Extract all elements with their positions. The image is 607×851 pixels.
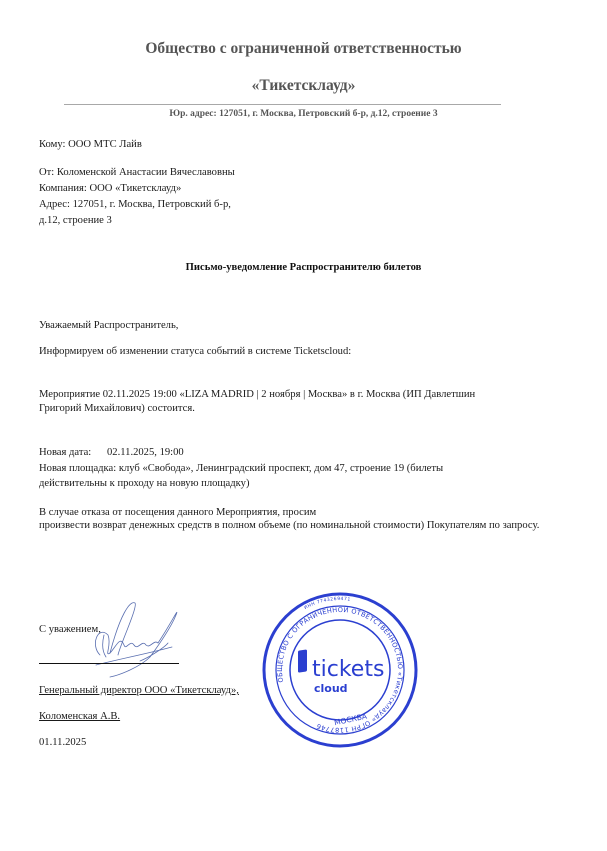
- new-date-label: Новая дата:: [39, 446, 91, 460]
- intro-text: Информируем об изменении статуса событий…: [39, 345, 351, 359]
- signatory-name: Коломенская А.В.: [39, 710, 120, 724]
- stamp-logo-tickets: tickets: [312, 657, 384, 682]
- signatory-position: Генеральный директор ООО «Тикетсклауд»,: [39, 684, 239, 698]
- new-date-value: 02.11.2025, 19:00: [107, 446, 184, 460]
- new-venue-line-1: Новая площадка: клуб «Свобода», Ленингра…: [39, 462, 443, 476]
- company-stamp-icon: ОБЩЕСТВО С ОГРАНИЧЕННОЙ ОТВЕТСТВЕННОСТЬЮ…: [260, 590, 420, 750]
- stamp-logo-cloud: cloud: [314, 682, 348, 695]
- sender-address-line2: д.12, строение 3: [39, 214, 112, 228]
- sender-from: От: Коломенской Анастасии Вячеславовны: [39, 166, 235, 180]
- letterhead-legal-address: Юр. адрес: 127051, г. Москва, Петровский…: [0, 109, 607, 119]
- signature-icon: [80, 595, 190, 685]
- letterhead-divider: [64, 104, 501, 105]
- new-venue-line-2: действительны к проходу на новую площадк…: [39, 477, 249, 491]
- event-line-1: Мероприятие 02.11.2025 19:00 «LIZA MADRI…: [39, 388, 475, 402]
- letterhead-company-name: «Тикетсклауд»: [0, 77, 607, 95]
- refund-line-2: произвести возврат денежных средств в по…: [39, 519, 539, 533]
- letterhead-title: Общество с ограниченной ответственностью: [0, 40, 607, 58]
- letter-subject: Письмо-уведомление Распространителю биле…: [0, 262, 607, 273]
- signature-line: [39, 663, 179, 664]
- sender-company: Компания: ООО «Тикетсклауд»: [39, 182, 181, 196]
- recipient-to: Кому: ООО МТС Лайв: [39, 138, 142, 152]
- sender-address-line1: Адрес: 127051, г. Москва, Петровский б-р…: [39, 198, 231, 212]
- refund-line-1: В случае отказа от посещения данного Мер…: [39, 506, 316, 520]
- letter-date: 01.11.2025: [39, 736, 86, 750]
- event-line-2: Григорий Михайлович) состоится.: [39, 402, 195, 416]
- greeting: Уважаемый Распространитель,: [39, 319, 178, 333]
